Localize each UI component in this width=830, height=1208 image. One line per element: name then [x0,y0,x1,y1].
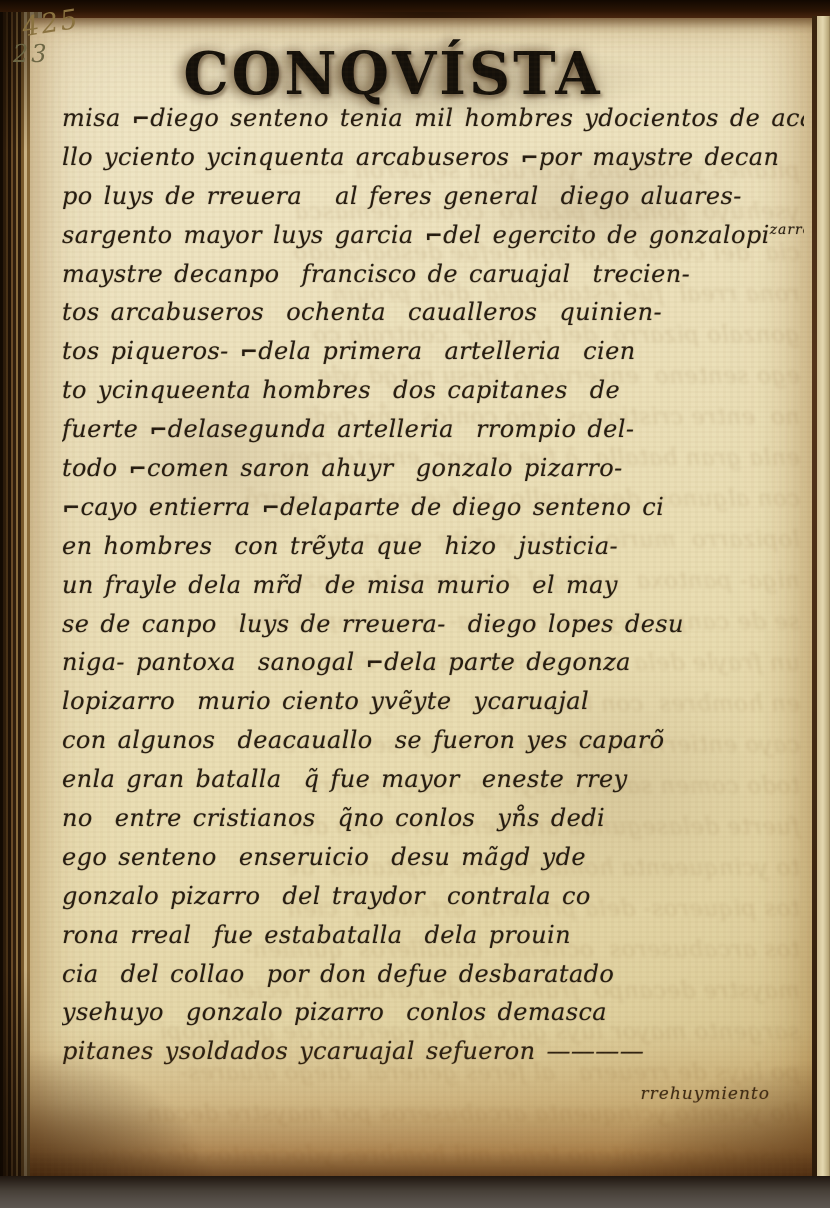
manuscript-line: un frayle dela mr̃d de misa murio el may [62,571,804,610]
section-mark: ⌐ [132,107,151,132]
manuscript-line: ego senteno enseruicio desu mãgd yde [62,843,804,882]
manuscript-page: pitanes ysoldados ycaruajal sefueron ———… [30,18,816,1178]
manuscript-line: enla gran batalla q̃ fue mayor eneste rr… [62,765,804,804]
burnt-corner-right [596,1058,816,1178]
section-mark: ⌐ [425,224,444,249]
section-mark: ⌐ [262,496,281,521]
manuscript-line: ⌐cayo entierra ⌐delaparte de diego sente… [62,493,804,532]
manuscript-line: cia del collao por don defue desbaratado [62,960,804,999]
manuscript-line: sargento mayor luys garcia ⌐del egercito… [62,221,804,260]
next-leaf-edge [817,16,830,1180]
manuscript-line: rona rreal fue estabatalla dela prouin [62,921,804,960]
manuscript-line: todo ⌐comen saron ahuyr gonzalo pizarro- [62,454,804,493]
manuscript-line: to ycinqueenta hombres dos capitanes de [62,376,804,415]
manuscript-line: tos arcabuseros ochenta caualleros quini… [62,298,804,337]
folio-number-left: 23 [13,40,50,68]
superscript-insertion: zarro [770,222,804,238]
manuscript-lines: misa ⌐diego senteno tenia mil hombres yd… [62,104,804,1076]
manuscript-line: se de canpo luys de rreuera- diego lopes… [62,610,804,649]
manuscript-line: llo yciento ycinquenta arcabuseros ⌐por … [62,143,804,182]
section-mark: ⌐ [520,146,539,171]
section-mark: ⌐ [62,496,81,521]
table-background-strip [0,1176,830,1208]
manuscript-line: gonzalo pizarro del traydor contrala co [62,882,804,921]
manuscript-line: po luys de rreuera al feres general dieg… [62,182,804,221]
manuscript-line: maystre decanpo francisco de caruajal tr… [62,260,804,299]
manuscript-line: no entre cristianos q̃no conlos yn̊s ded… [62,804,804,843]
page-title: CONQVÍSTA [30,39,816,109]
manuscript-scan: pitanes ysoldados ycaruajal sefueron ———… [0,0,830,1208]
manuscript-line: con algunos deacauallo se fueron yes cap… [62,726,804,765]
manuscript-line: misa ⌐diego senteno tenia mil hombres yd… [62,104,804,143]
section-mark: ⌐ [240,340,259,365]
section-mark: ⌐ [129,457,148,482]
manuscript-line: lopizarro murio ciento yvẽyte ycaruajal [62,687,804,726]
section-mark: ⌐ [366,651,385,676]
manuscript-line: en hombres con trẽyta que hizo justicia- [62,532,804,571]
manuscript-line: niga- pantoxa sanogal ⌐dela parte degonz… [62,648,804,687]
manuscript-line: tos piqueros- ⌐dela primera artelleria c… [62,337,804,376]
burnt-corner-left [30,1048,220,1178]
book-top-edge [0,0,830,20]
section-mark: ⌐ [149,418,168,443]
manuscript-line: fuerte ⌐delasegunda artelleria rrompio d… [62,415,804,454]
